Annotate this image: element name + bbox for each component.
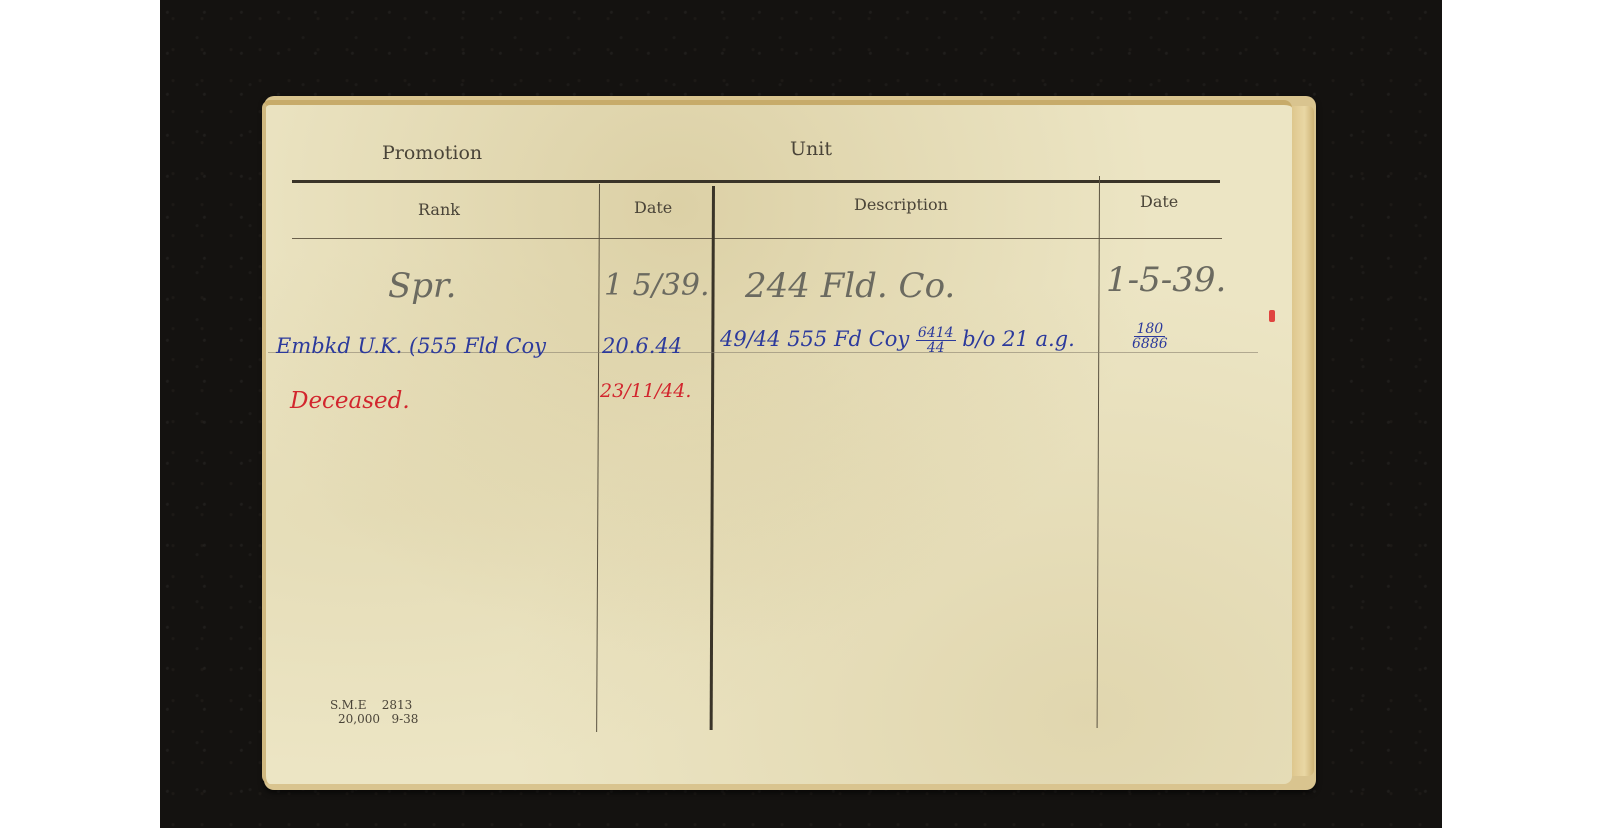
print-code-date: 9-38 [391,712,418,726]
print-code: S.M.E 2813 20,000 9-38 [330,698,418,726]
fraction-denominator: 44 [927,341,945,355]
entry-1-unit-date: 1-5-39. [1106,260,1226,300]
entry-2-promotion-date: 20.6.44 [602,334,682,358]
service-record-card [262,100,1292,784]
column-header-unit-date: Date [1140,192,1178,211]
column-header-description: Description [854,195,948,214]
entry-1-description: 244 Fld. Co. [745,266,955,306]
print-code-quantity: 20,000 [338,712,380,726]
print-code-form: S.M.E [330,698,366,712]
header-bottom-rule [292,238,1222,239]
header-top-rule [292,180,1220,183]
unit-section-title: Unit [790,138,832,160]
print-code-number: 2813 [382,698,413,712]
entry-2-description: 49/44 555 Fd Coy 6414 44 b/o 21 a.g. [720,326,1075,355]
entry-1-promotion-date: 1 5/39. [604,268,710,303]
card-side-edge [1290,106,1314,776]
entry-3-promotion-date: 23/11/44. [600,380,691,402]
fraction-numerator: 6414 [916,326,956,341]
entry-3-rank: Deceased. [290,388,410,414]
entry-2-unit-date-fraction: 180 6886 [1132,322,1168,351]
entry-2-description-tail: b/o 21 a.g. [962,327,1075,351]
entry-2-rank: Embkd U.K. (555 Fld Coy [276,334,546,358]
entry-2-description-fraction: 6414 44 [916,326,956,355]
fraction-numerator: 180 [1134,322,1165,337]
entry-2-description-text: 49/44 555 Fd Coy [720,327,909,351]
fraction-denominator: 6886 [1132,337,1168,351]
entry-1-rank: Spr. [388,266,456,306]
promotion-section-title: Promotion [382,142,482,164]
entry-2-unit-date: 180 6886 [1132,322,1168,351]
column-header-promotion-date: Date [634,198,672,217]
red-ink-mark [1269,310,1275,322]
column-header-rank: Rank [418,200,460,219]
